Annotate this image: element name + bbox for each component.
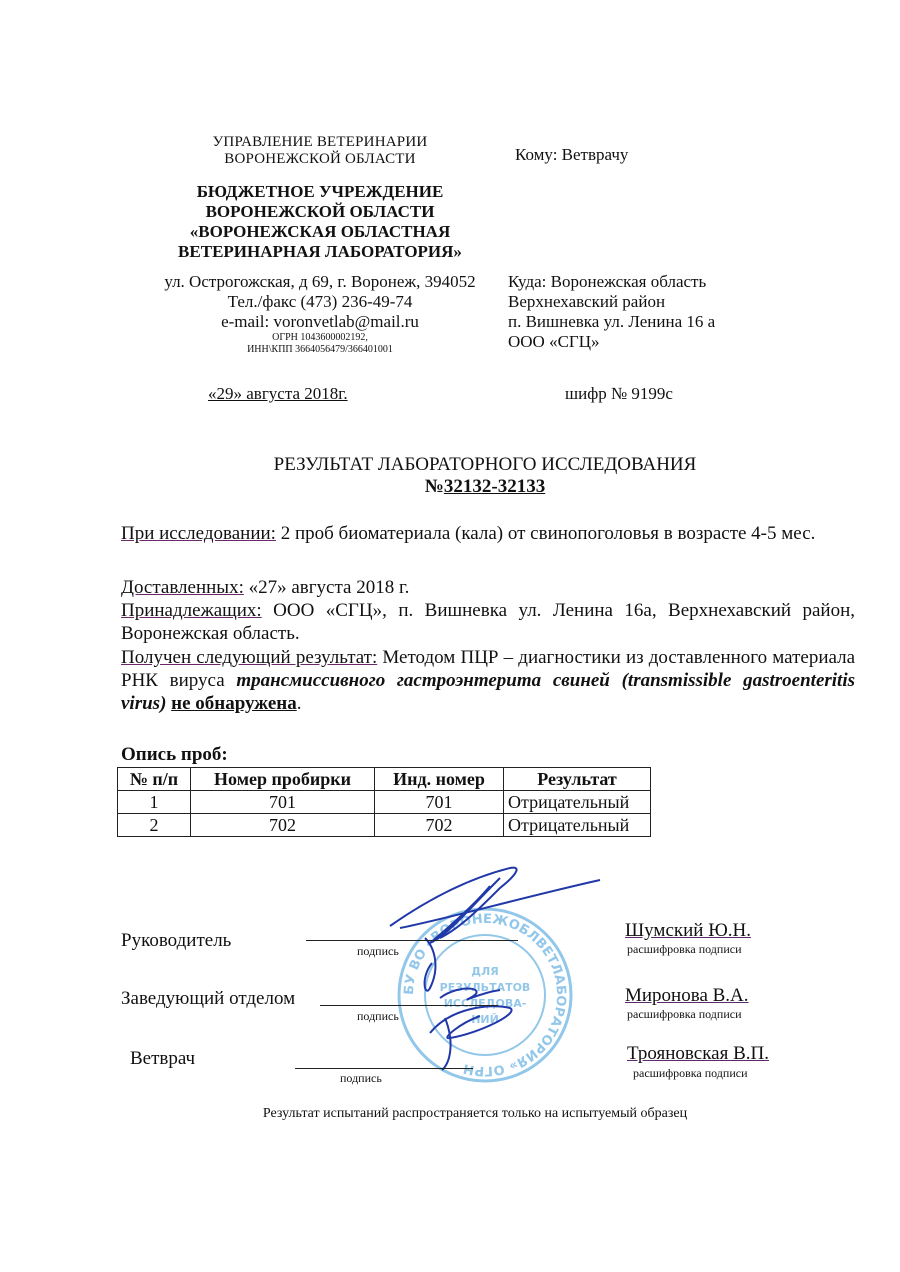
study-text: 2 проб биоматериала (кала) от свинопогол… <box>276 523 815 544</box>
number-value: 32132-32133 <box>444 476 545 497</box>
recipient-where-3: п. Вишневка ул. Ленина 16 а <box>508 312 715 332</box>
cell-ind: 701 <box>375 791 504 814</box>
signature-caption-head: подпись <box>357 944 399 959</box>
recipient-where-4: ООО «СГЦ» <box>508 332 715 352</box>
signature-role-vet: Ветврач <box>130 1048 195 1070</box>
name-caption-dept: расшифровка подписи <box>627 1007 742 1022</box>
col-ind: Инд. номер <box>375 768 504 791</box>
lab-ogrn: ОГРН 1043600002192, <box>130 332 510 344</box>
institution-line-2: ВОРОНЕЖСКОЙ ОБЛАСТИ <box>130 202 510 222</box>
delivered-label: Доставленных: <box>121 577 244 598</box>
signature-name-head: Шумский Ю.Н. <box>625 920 751 942</box>
lab-phone: Тел./факс (473) 236-49-74 <box>130 292 510 312</box>
table-row: 1 701 701 Отрицательный <box>118 791 651 814</box>
table-row: 2 702 702 Отрицательный <box>118 814 651 837</box>
cell-tube: 701 <box>191 791 375 814</box>
recipient-to: Кому: Ветврачу <box>515 145 628 165</box>
letterhead: УПРАВЛЕНИЕ ВЕТЕРИНАРИИ ВОРОНЕЖСКОЙ ОБЛАС… <box>130 134 510 262</box>
signature-caption-dept: подпись <box>357 1009 399 1024</box>
cell-result: Отрицательный <box>504 791 651 814</box>
col-tube: Номер пробирки <box>191 768 375 791</box>
name-caption-head: расшифровка подписи <box>627 942 742 957</box>
owner-label: Принадлежащих: <box>121 600 262 621</box>
title-line: РЕЗУЛЬТАТ ЛАБОРАТОРНОГО ИССЛЕДОВАНИЯ <box>110 454 860 476</box>
signature-role-head: Руководитель <box>121 930 231 952</box>
signature-scribbles <box>370 858 630 1088</box>
signature-name-vet: Трояновская В.П. <box>627 1043 769 1065</box>
table-header-row: № п/п Номер пробирки Инд. номер Результа… <box>118 768 651 791</box>
signature-line-dept <box>320 1005 498 1006</box>
lab-contacts: ул. Острогожская, д 69, г. Воронеж, 3940… <box>130 272 510 356</box>
lab-email: e-mail: voronvetlab@mail.ru <box>130 312 510 332</box>
recipient-where-2: Верхнехавский район <box>508 292 715 312</box>
lab-address: ул. Острогожская, д 69, г. Воронеж, 3940… <box>130 272 510 292</box>
name-caption-vet: расшифровка подписи <box>633 1066 748 1081</box>
recipient-where-1: Куда: Воронежская область <box>508 272 715 292</box>
col-index: № п/п <box>118 768 191 791</box>
samples-title: Опись проб: <box>121 744 228 766</box>
institution-line-1: БЮДЖЕТНОЕ УЧРЕЖДЕНИЕ <box>130 182 510 202</box>
samples-table: № п/п Номер пробирки Инд. номер Результа… <box>117 767 651 837</box>
lab-inn-kpp: ИНН\КПП 3664056479/366401001 <box>130 344 510 356</box>
recipient-address: Куда: Воронежская область Верхнехавский … <box>508 272 715 352</box>
code-number: шифр № 9199с <box>565 384 673 404</box>
signature-line-vet <box>295 1068 473 1069</box>
col-result: Результат <box>504 768 651 791</box>
result-end: . <box>297 693 302 714</box>
document-title: РЕЗУЛЬТАТ ЛАБОРАТОРНОГО ИССЛЕДОВАНИЯ №32… <box>110 454 860 498</box>
signature-name-dept: Миронова В.А. <box>625 985 749 1007</box>
document-date: «29» августа 2018г. <box>208 384 348 404</box>
cell-index: 1 <box>118 791 191 814</box>
signature-caption-vet: подпись <box>340 1071 382 1086</box>
authority-line-2: ВОРОНЕЖСКОЙ ОБЛАСТИ <box>130 151 510 168</box>
signature-role-dept: Заведующий отделом <box>121 988 295 1010</box>
result-verdict: не обнаружена <box>171 693 297 714</box>
delivered-text: «27» августа 2018 г. <box>244 577 410 598</box>
footer-note: Результат испытаний распространяется тол… <box>150 1106 800 1122</box>
number-prefix: № <box>425 476 444 497</box>
institution-line-4: ВЕТЕРИНАРНАЯ ЛАБОРАТОРИЯ» <box>130 242 510 262</box>
cell-result: Отрицательный <box>504 814 651 837</box>
institution-line-3: «ВОРОНЕЖСКАЯ ОБЛАСТНАЯ <box>130 222 510 242</box>
study-label: При исследовании: <box>121 523 276 544</box>
cell-index: 2 <box>118 814 191 837</box>
result-number: №32132-32133 <box>110 476 860 498</box>
result-paragraph: Получен следующий результат: Методом ПЦР… <box>121 646 855 715</box>
signature-line-head <box>306 940 518 941</box>
result-label: Получен следующий результат: <box>121 647 377 668</box>
delivered-paragraph: Доставленных: «27» августа 2018 г. <box>121 576 855 599</box>
owner-paragraph: Принадлежащих: ООО «СГЦ», п. Вишневка ул… <box>121 599 855 645</box>
cell-tube: 702 <box>191 814 375 837</box>
authority-line-1: УПРАВЛЕНИЕ ВЕТЕРИНАРИИ <box>130 134 510 151</box>
study-paragraph: При исследовании: 2 проб биоматериала (к… <box>121 522 855 545</box>
cell-ind: 702 <box>375 814 504 837</box>
